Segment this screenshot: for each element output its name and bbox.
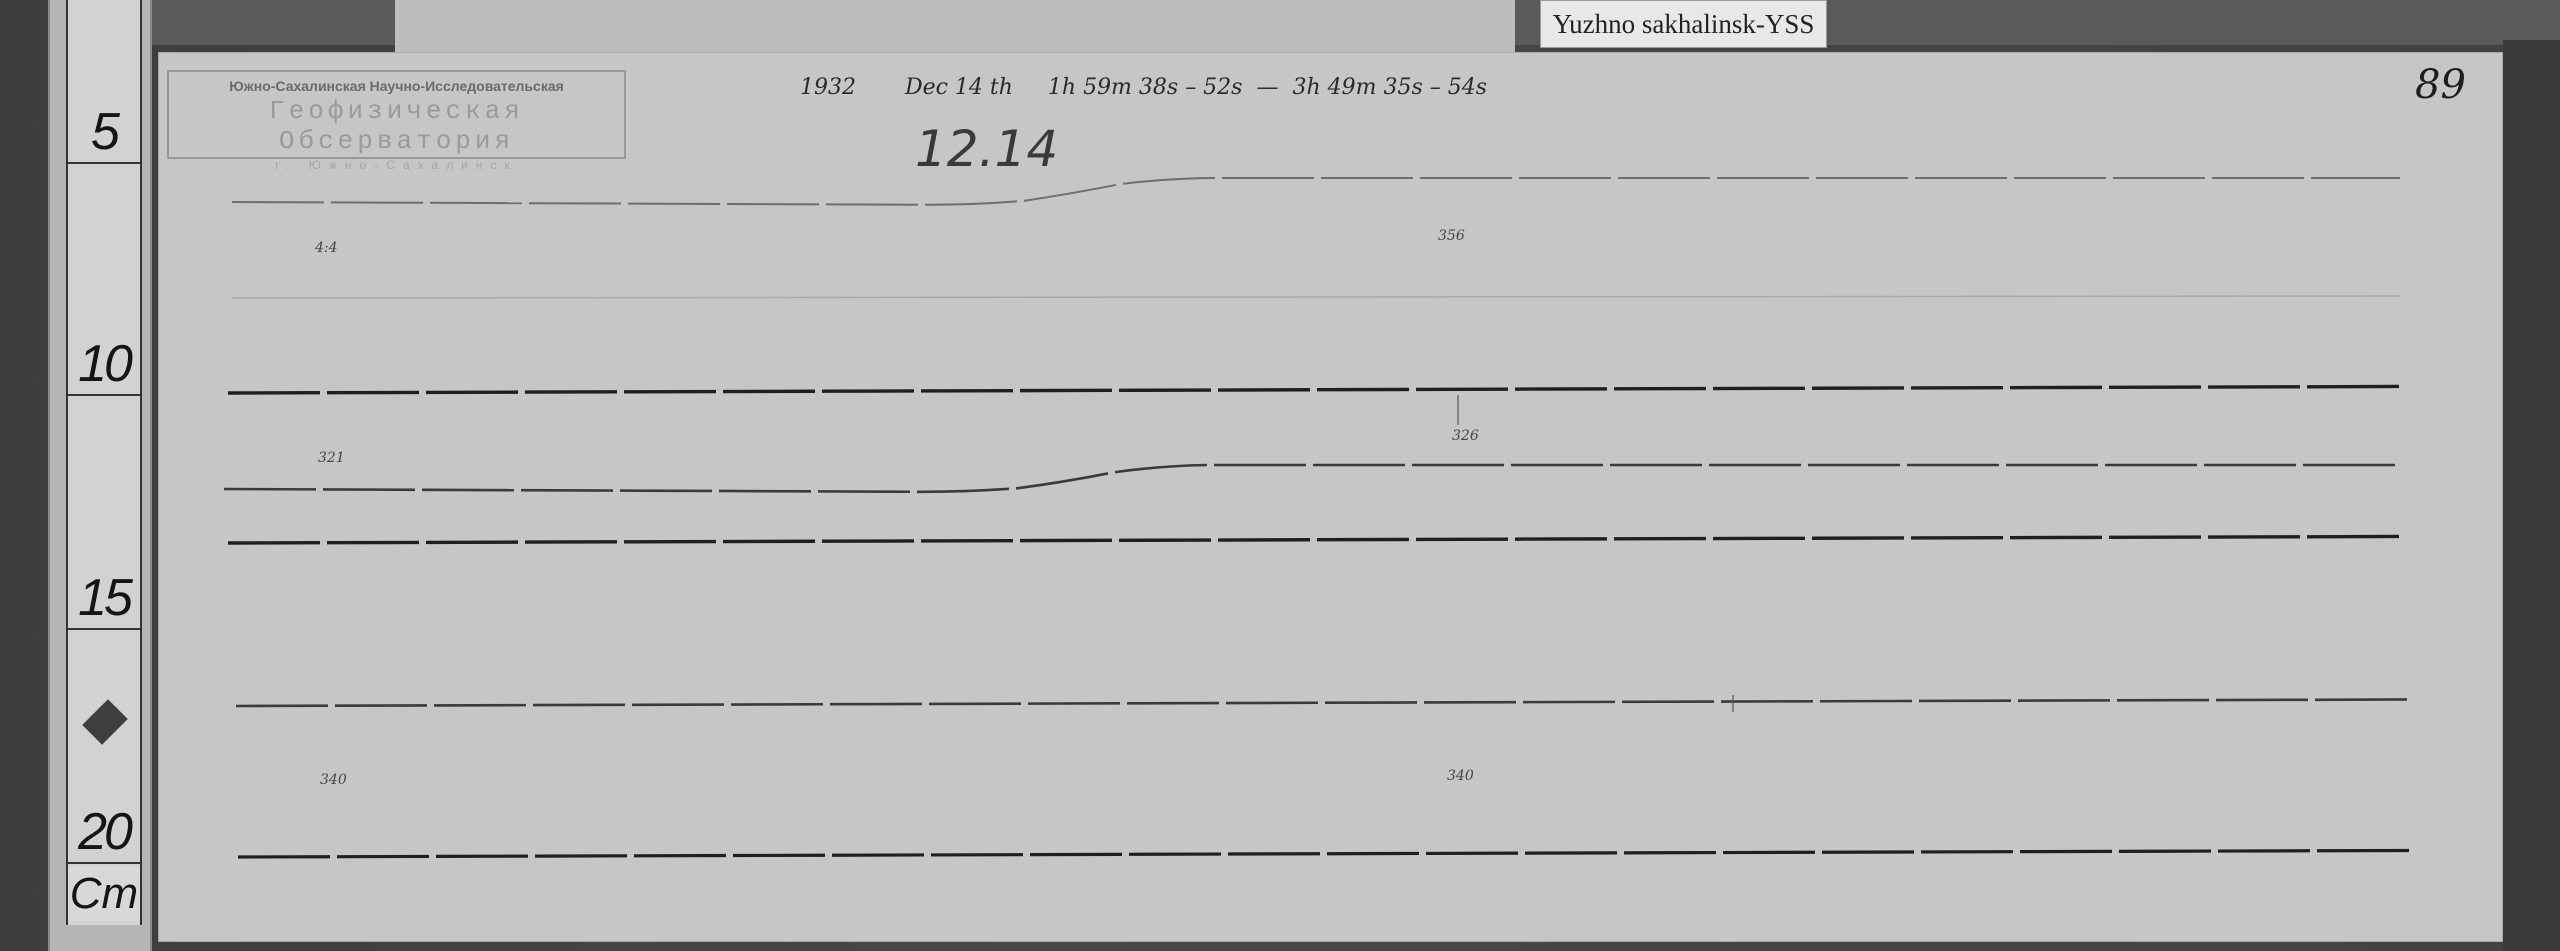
trace-1-segment bbox=[1123, 178, 1215, 184]
trace-3-segment bbox=[917, 489, 1009, 492]
seismogram-traces bbox=[0, 0, 2560, 951]
trace-1-segment bbox=[925, 201, 1017, 204]
faint-guide-line bbox=[232, 296, 2400, 298]
trace-3-segment bbox=[1115, 465, 1207, 472]
trace-1-segment bbox=[1024, 185, 1116, 201]
trace-3-segment bbox=[1016, 473, 1108, 488]
